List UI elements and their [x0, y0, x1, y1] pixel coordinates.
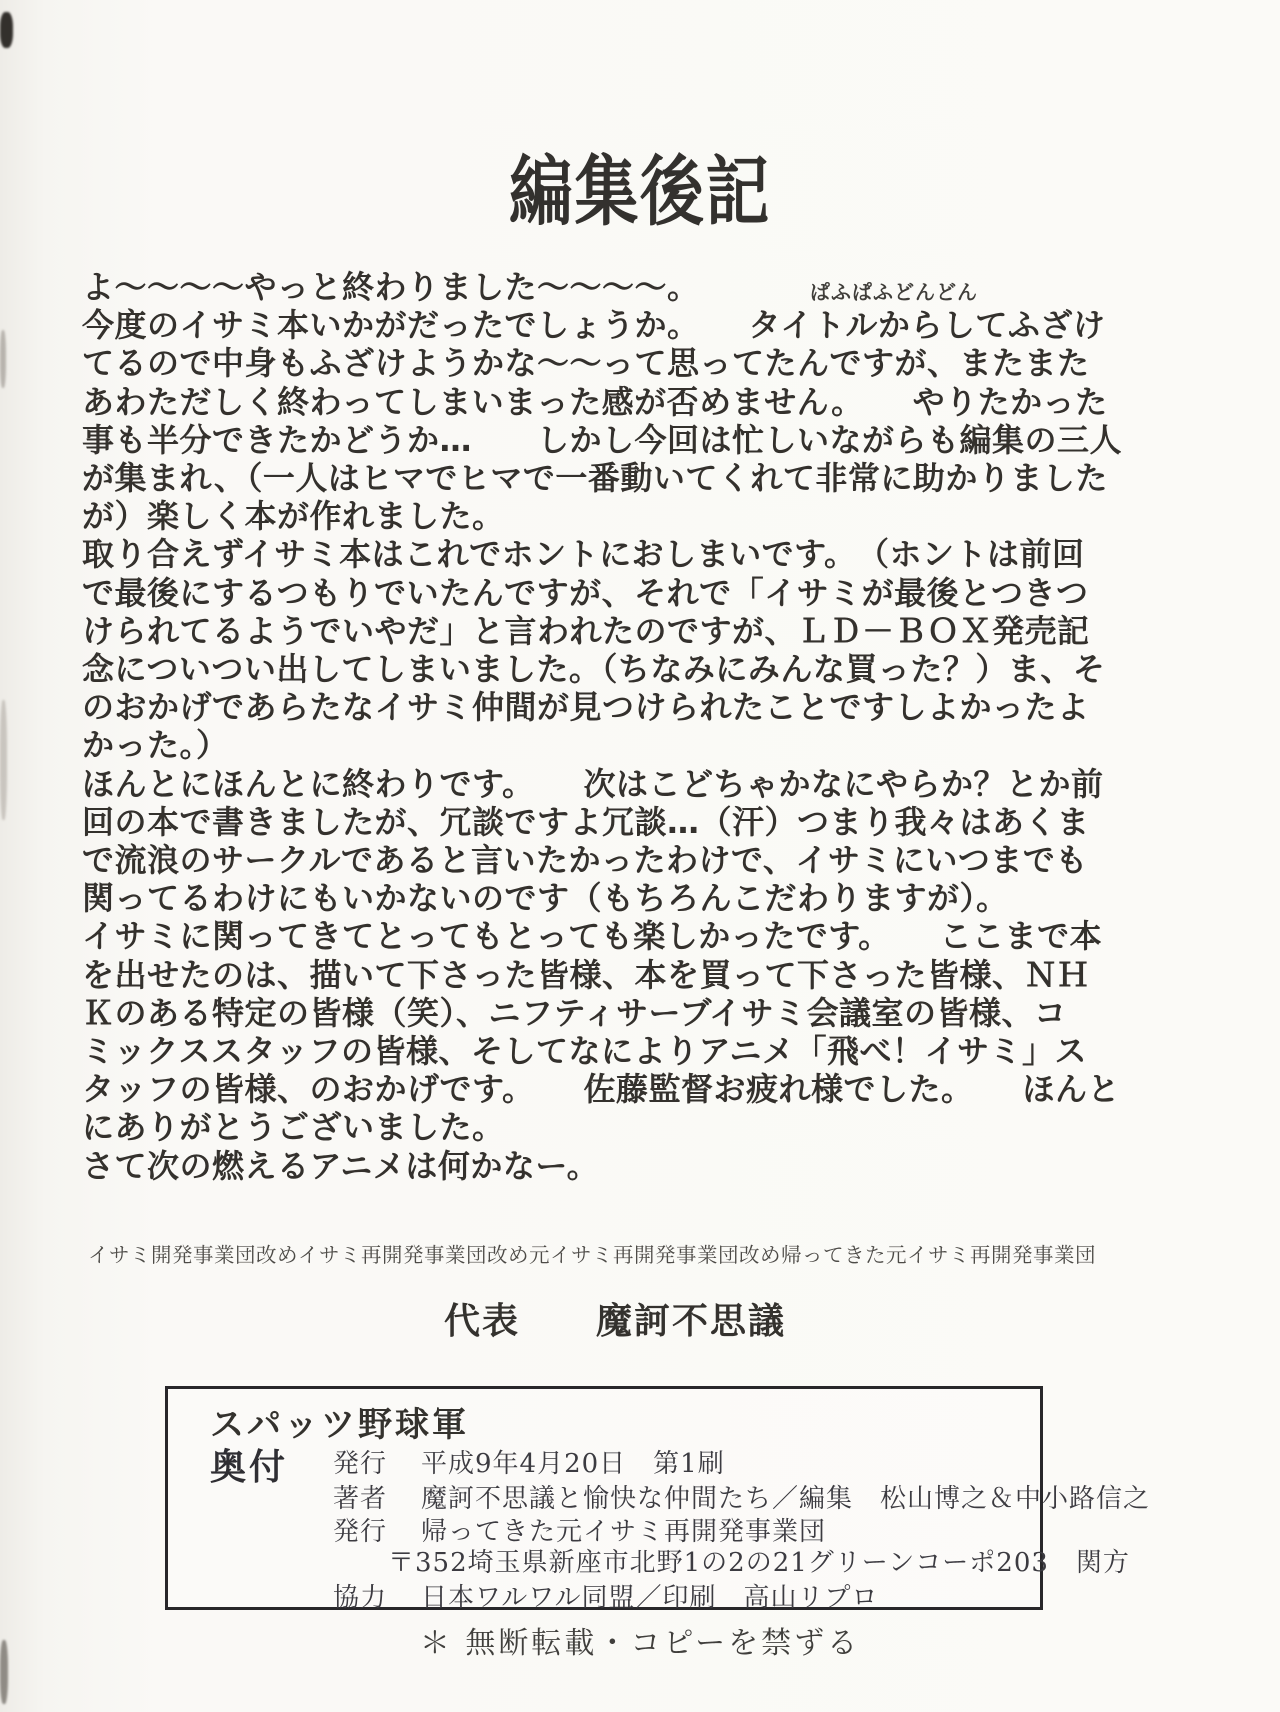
body-line: ミックススタッフの皆様、そしてなによりアニメ「飛べ！イサミ」ス	[82, 1032, 1162, 1070]
body-line: が）楽しく本が作れました。	[82, 497, 1162, 535]
body-line: タッフの皆様、のおかげです。 佐藤監督お疲れ様でした。 ほんと	[82, 1070, 1162, 1108]
body-line: にありがとうございました。	[82, 1108, 1162, 1146]
colophon-row-value: 魔訶不思議と愉快な仲間たち／編集 松山博之＆中小路信之	[421, 1478, 1150, 1515]
body-line: で流浪のサークルであると言いたかったわけで、イサミにいつまでも	[82, 841, 1162, 879]
body-line: 念についつい出してしまいました。（ちなみにみんな買った？）ま、そ	[82, 650, 1162, 688]
colophon-row: 発行平成9年4月20日 第1刷	[333, 1443, 725, 1480]
circle-name-line: イサミ開発事業団改めイサミ再開発事業団改め元イサミ再開発事業団改め帰ってきた元イ…	[88, 1238, 1096, 1268]
body-line: イサミに関ってきてとってもとっても楽しかったです。 ここまで本	[82, 917, 1162, 955]
colophon-label: 奥付	[210, 1439, 288, 1490]
colophon-row: 〒352埼玉県新座市北野1の2の21グリーンコーポ203 関方	[388, 1542, 1130, 1579]
body-line: 今度のイサミ本いかがだったでしょうか。 タイトルからしてふざけ	[82, 306, 1162, 344]
body-line: さて次の燃えるアニメは何かなー。	[82, 1147, 1162, 1185]
body-line: あわただしく終わってしまいまった感が否めません。 やりたかった	[82, 383, 1162, 421]
body-line: けられてるようでいやだ」と言われたのですが、ＬＤ－ＢＯＸ発売記	[82, 612, 1162, 650]
body-line: 取り合えずイサミ本はこれでホントにおしまいです。 （ホントは前回	[82, 535, 1162, 573]
colophon-row-key: 協力	[333, 1577, 421, 1614]
body-line: で最後にするつもりでいたんですが、それで「イサミが最後とつきつ	[82, 574, 1162, 612]
colophon-row: 協力日本ワルワル同盟／印刷 高山リプロ	[333, 1577, 878, 1614]
colophon-row-value: 平成9年4月20日 第1刷	[421, 1443, 725, 1480]
colophon-box: スパッツ野球軍 奥付 発行平成9年4月20日 第1刷著者魔訶不思議と愉快な仲間た…	[165, 1386, 1043, 1610]
body-line: Ｋのある特定の皆様（笑）、ニフティサーブイサミ会議室の皆様、コ	[82, 994, 1162, 1032]
body-line: かった。）	[82, 726, 1162, 764]
body-line: よ～～～～やっと終わりました～～～～。	[82, 268, 1162, 306]
body-line: 回の本で書きましたが、冗談ですよ冗談…（汗）つまり我々はあくま	[82, 803, 1162, 841]
page-title: 編集後記	[102, 150, 1177, 234]
body-line: 関ってるわけにもいかないのです（もちろんこだわりますが）。	[82, 879, 1162, 917]
body-line: のおかげであらたなイサミ仲間が見つけられたことですしよかったよ	[82, 688, 1162, 726]
scan-smudge	[0, 12, 13, 48]
representative-line: 代表 魔訶不思議	[0, 1293, 1230, 1344]
colophon-row-key: 発行	[333, 1443, 421, 1480]
colophon-row-key: 著者	[333, 1478, 421, 1515]
body-line: を出せたのは、描いて下さった皆様、本を買って下さった皆様、ＮＨ	[82, 956, 1162, 994]
colophon-row-value: 日本ワルワル同盟／印刷 高山リプロ	[421, 1577, 878, 1614]
scan-smudge	[0, 700, 7, 820]
body-text: よ～～～～やっと終わりました～～～～。今度のイサミ本いかがだったでしょうか。 タ…	[82, 268, 1162, 1185]
body-line: 事も半分できたかどうか… しかし今回は忙しいながらも編集の三人	[82, 421, 1162, 459]
afterword-page: 編集後記 ぱふぱふどんどん よ～～～～やっと終わりました～～～～。今度のイサミ本…	[0, 0, 1280, 1712]
copyright-notice: ＊ 無断転載・コピーを禁ずる	[0, 1618, 1280, 1662]
colophon-row-value: 〒352埼玉県新座市北野1の2の21グリーンコーポ203 関方	[388, 1542, 1130, 1579]
body-line: てるので中身もふざけようかな～～って思ってたんですが、またまた	[82, 344, 1162, 382]
scan-smudge	[0, 330, 6, 388]
body-line: ほんとにほんとに終わりです。 次はこどちゃかなにやらか？とか前	[82, 765, 1162, 803]
body-line: が集まれ、（一人はヒマでヒマで一番動いてくれて非常に助かりました	[82, 459, 1162, 497]
colophon-row: 著者魔訶不思議と愉快な仲間たち／編集 松山博之＆中小路信之	[333, 1478, 1150, 1515]
